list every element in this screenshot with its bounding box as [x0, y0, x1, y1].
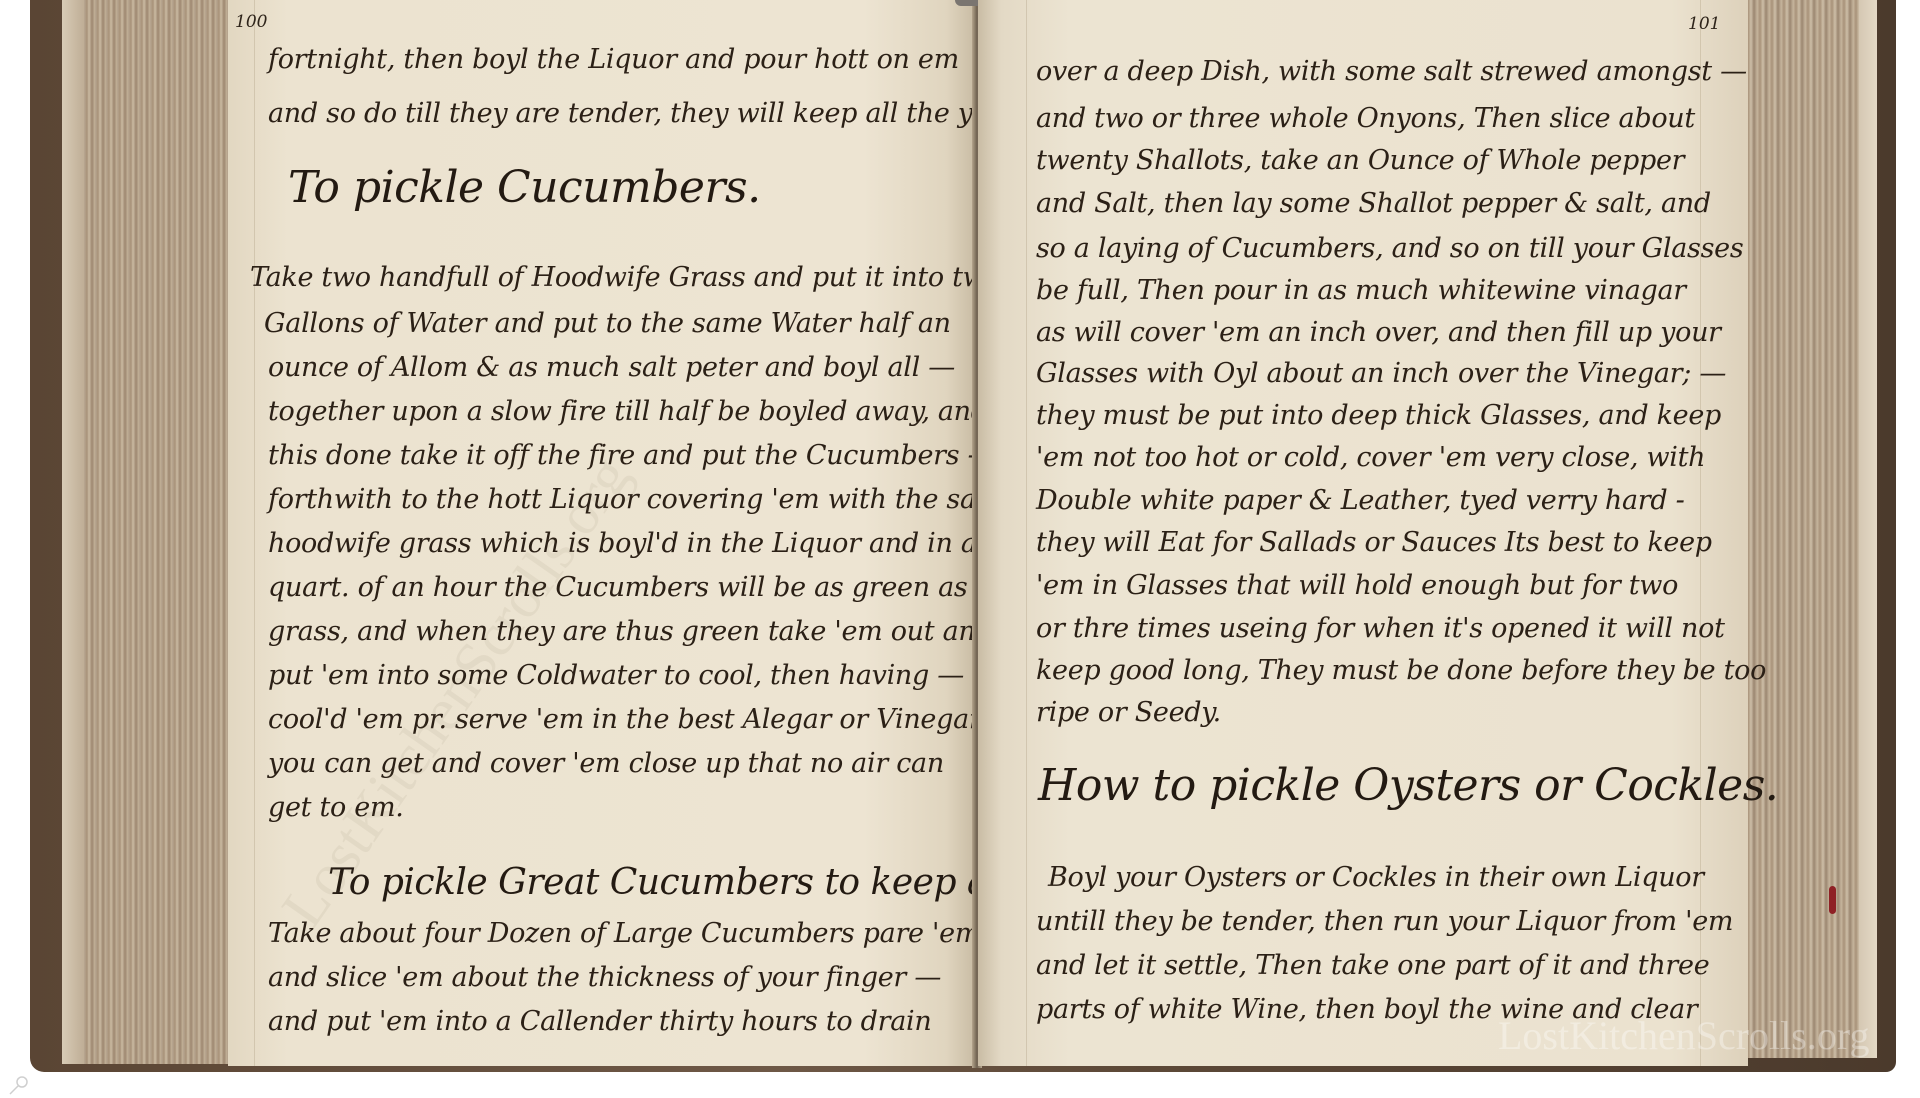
text-line: 'em not too hot or cold, cover 'em very … — [1036, 442, 1705, 473]
text-line: Glasses with Oyl about an inch over the … — [1036, 358, 1726, 389]
red-page-marker — [1829, 886, 1836, 914]
text-line: or thre times useing for when it's opene… — [1036, 613, 1725, 644]
text-line: be full, Then pour in as much whitewine … — [1036, 275, 1686, 306]
recipe-title: How to pickle Oysters or Cockles. — [1038, 760, 1778, 811]
text-line: twenty Shallots, take an Ounce of Whole … — [1036, 145, 1684, 176]
margin-rule — [1026, 0, 1027, 1066]
text-line: 'em in Glasses that will hold enough but… — [1036, 570, 1678, 601]
page-number: 101 — [1688, 14, 1720, 34]
text-line: keep good long, They must be done before… — [1036, 655, 1766, 686]
left-page: 100 fortnight, then boyl the Liquor and … — [228, 0, 976, 1066]
text-line: Take about four Dozen of Large Cucumbers… — [268, 918, 980, 949]
magnifier-icon — [8, 1075, 30, 1097]
text-line: together upon a slow fire till half be b… — [268, 396, 988, 427]
text-line: so a laying of Cucumbers, and so on till… — [1036, 233, 1743, 264]
text-line: hoodwife grass which is boyl'd in the Li… — [268, 528, 985, 559]
text-line: ripe or Seedy. — [1036, 697, 1221, 728]
text-line: and let it settle, Then take one part of… — [1036, 950, 1709, 981]
text-line: they must be put into deep thick Glasses… — [1036, 400, 1721, 431]
text-line: and two or three whole Onyons, Then slic… — [1036, 103, 1695, 134]
left-page-stack — [62, 0, 232, 1064]
text-line: ounce of Allom & as much salt peter and … — [268, 352, 955, 383]
text-line: and put 'em into a Callender thirty hour… — [268, 1006, 931, 1037]
text-line: cool'd 'em pr. serve 'em in the best Ale… — [268, 704, 981, 735]
recipe-title: To pickle Cucumbers. — [288, 162, 761, 213]
text-line: quart. of an hour the Cucumbers will be … — [268, 572, 967, 603]
text-line: this done take it off the fire and put t… — [268, 440, 976, 471]
text-line: put 'em into some Coldwater to cool, the… — [268, 660, 964, 691]
margin-rule — [254, 0, 255, 1066]
text-line: and slice 'em about the thickness of you… — [268, 962, 941, 993]
text-line: fortnight, then boyl the Liquor and pour… — [268, 44, 959, 75]
right-page-stack — [1745, 0, 1877, 1058]
page-number: 100 — [235, 12, 267, 32]
text-line: and Salt, then lay some Shallot pepper &… — [1036, 188, 1711, 219]
text-line: forthwith to the hott Liquor covering 'e… — [268, 484, 1017, 515]
right-page: 101 over a deep Dish, with some salt str… — [978, 0, 1748, 1066]
text-line: Double white paper & Leather, tyed verry… — [1036, 485, 1685, 516]
text-line: as will cover 'em an inch over, and then… — [1036, 317, 1721, 348]
text-line: they will Eat for Sallads or Sauces Its … — [1036, 527, 1712, 558]
text-line: Boyl your Oysters or Cockles in their ow… — [1048, 862, 1704, 893]
text-line: over a deep Dish, with some salt strewed… — [1036, 56, 1747, 87]
text-line: untill they be tender, then run your Liq… — [1036, 906, 1733, 937]
text-line: Take two handfull of Hoodwife Grass and … — [250, 262, 1001, 293]
text-line: and so do till they are tender, they wil… — [268, 98, 1022, 129]
text-line: grass, and when they are thus green take… — [268, 616, 992, 647]
text-line: Gallons of Water and put to the same Wat… — [264, 308, 951, 339]
watermark: LostKitchenScrolls.org — [1498, 1012, 1869, 1059]
